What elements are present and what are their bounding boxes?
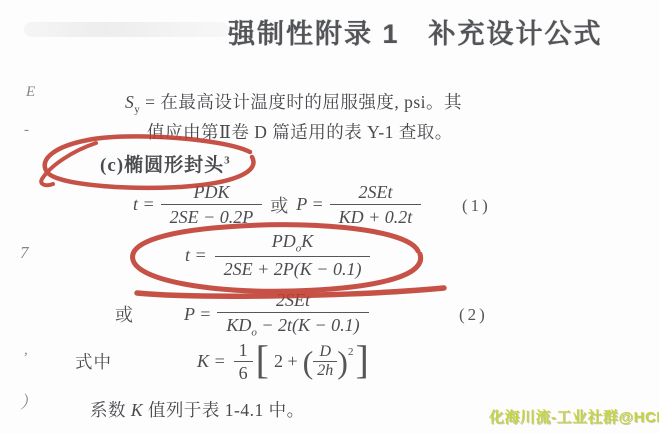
section-heading-text: (c)椭圆形封头 (100, 155, 224, 176)
scanned-document-page: 强制性附录 1 补充设计公式 E - 7 , ） Sy = 在最高设计温度时的屈… (0, 0, 659, 434)
footnote-marker: 3 (224, 155, 231, 167)
page-title: 强制性附录 1 补充设计公式 (228, 12, 603, 51)
formula-2b-den-tail: − 2t(K − 0.1) (257, 315, 360, 335)
table-reference-line: 值应由第Ⅱ卷 D 篇适用的表 Y-1 查取。 (147, 119, 453, 144)
formula-k: 式中 K = 1 6 [ 2 + ( D 2h ) 2 ] (75, 340, 369, 383)
equation-number-1: (1) (462, 196, 491, 216)
red-curl-heading (41, 143, 96, 185)
formula-1-fraction-b: 2SEt KD + 0.2t (330, 182, 422, 227)
close-paren: ) (337, 346, 348, 378)
sy-definition-text: = 在最高设计温度时的屈服强度, psi。其 (145, 92, 462, 112)
open-bracket: [ (256, 340, 269, 380)
sy-symbol: S (125, 92, 134, 112)
formula-1: t = PDK 2SE − 0.2P 或 P = 2SEt KD + 0.2t (133, 182, 421, 227)
d-over-2h-fraction: D 2h (313, 343, 337, 381)
formula-1-lhs: t = (133, 194, 155, 215)
margin-fragment: - (24, 122, 29, 139)
scan-artifact-streak (24, 22, 229, 37)
or-label: 或 (115, 301, 134, 327)
note-pre: 系数 (90, 400, 131, 420)
formula-2a-lhs: t = (185, 245, 207, 266)
formula-2a-fraction: PDoK 2SE + 2P(K − 0.1) (215, 231, 371, 280)
sy-subscript: y (134, 104, 140, 116)
formula-1-fraction-a: PDK 2SE − 0.2P (161, 182, 263, 227)
open-paren: ( (303, 346, 314, 378)
margin-fragment: , (24, 342, 28, 359)
formula-k-term: 2 + (274, 351, 298, 372)
equation-number-2: (2) (459, 305, 488, 325)
note-post: 值列于表 1-4.1 中。 (143, 400, 305, 420)
formula-2b: 或 P = 2SEt KDo − 2t(K − 0.1) (115, 290, 369, 339)
formula-1-lhs2: P = (296, 194, 323, 215)
coefficient-note-line: 系数 K 值列于表 1-4.1 中。 (90, 397, 305, 422)
margin-fragment: ） (20, 388, 37, 413)
formula-2b-lhs: P = (184, 304, 211, 325)
formula-2a: t = PDoK 2SE + 2P(K − 0.1) (185, 231, 370, 280)
forum-watermark: 化海川流-工业社群@HCBBS (489, 406, 659, 427)
one-sixth-fraction: 1 6 (234, 340, 253, 383)
margin-fragment: 7 (20, 243, 29, 263)
where-label: 式中 (75, 349, 112, 374)
formula-2b-den: KD (226, 315, 251, 335)
exponent: 2 (348, 346, 354, 358)
sy-definition-line: Sy = 在最高设计温度时的屈服强度, psi。其 (125, 89, 462, 116)
formula-2a-num: PD (272, 231, 296, 251)
or-label: 或 (270, 192, 289, 218)
note-k-symbol: K (131, 400, 143, 420)
section-heading-ellipsoidal-head: (c)椭圆形封头3 (100, 150, 231, 177)
margin-fragment: E (26, 84, 35, 101)
formula-2b-fraction: 2SEt KDo − 2t(K − 0.1) (217, 290, 368, 339)
formula-2a-num-tail: K (301, 231, 313, 251)
formula-k-lhs: K = (197, 351, 226, 372)
close-bracket: ] (355, 340, 368, 380)
